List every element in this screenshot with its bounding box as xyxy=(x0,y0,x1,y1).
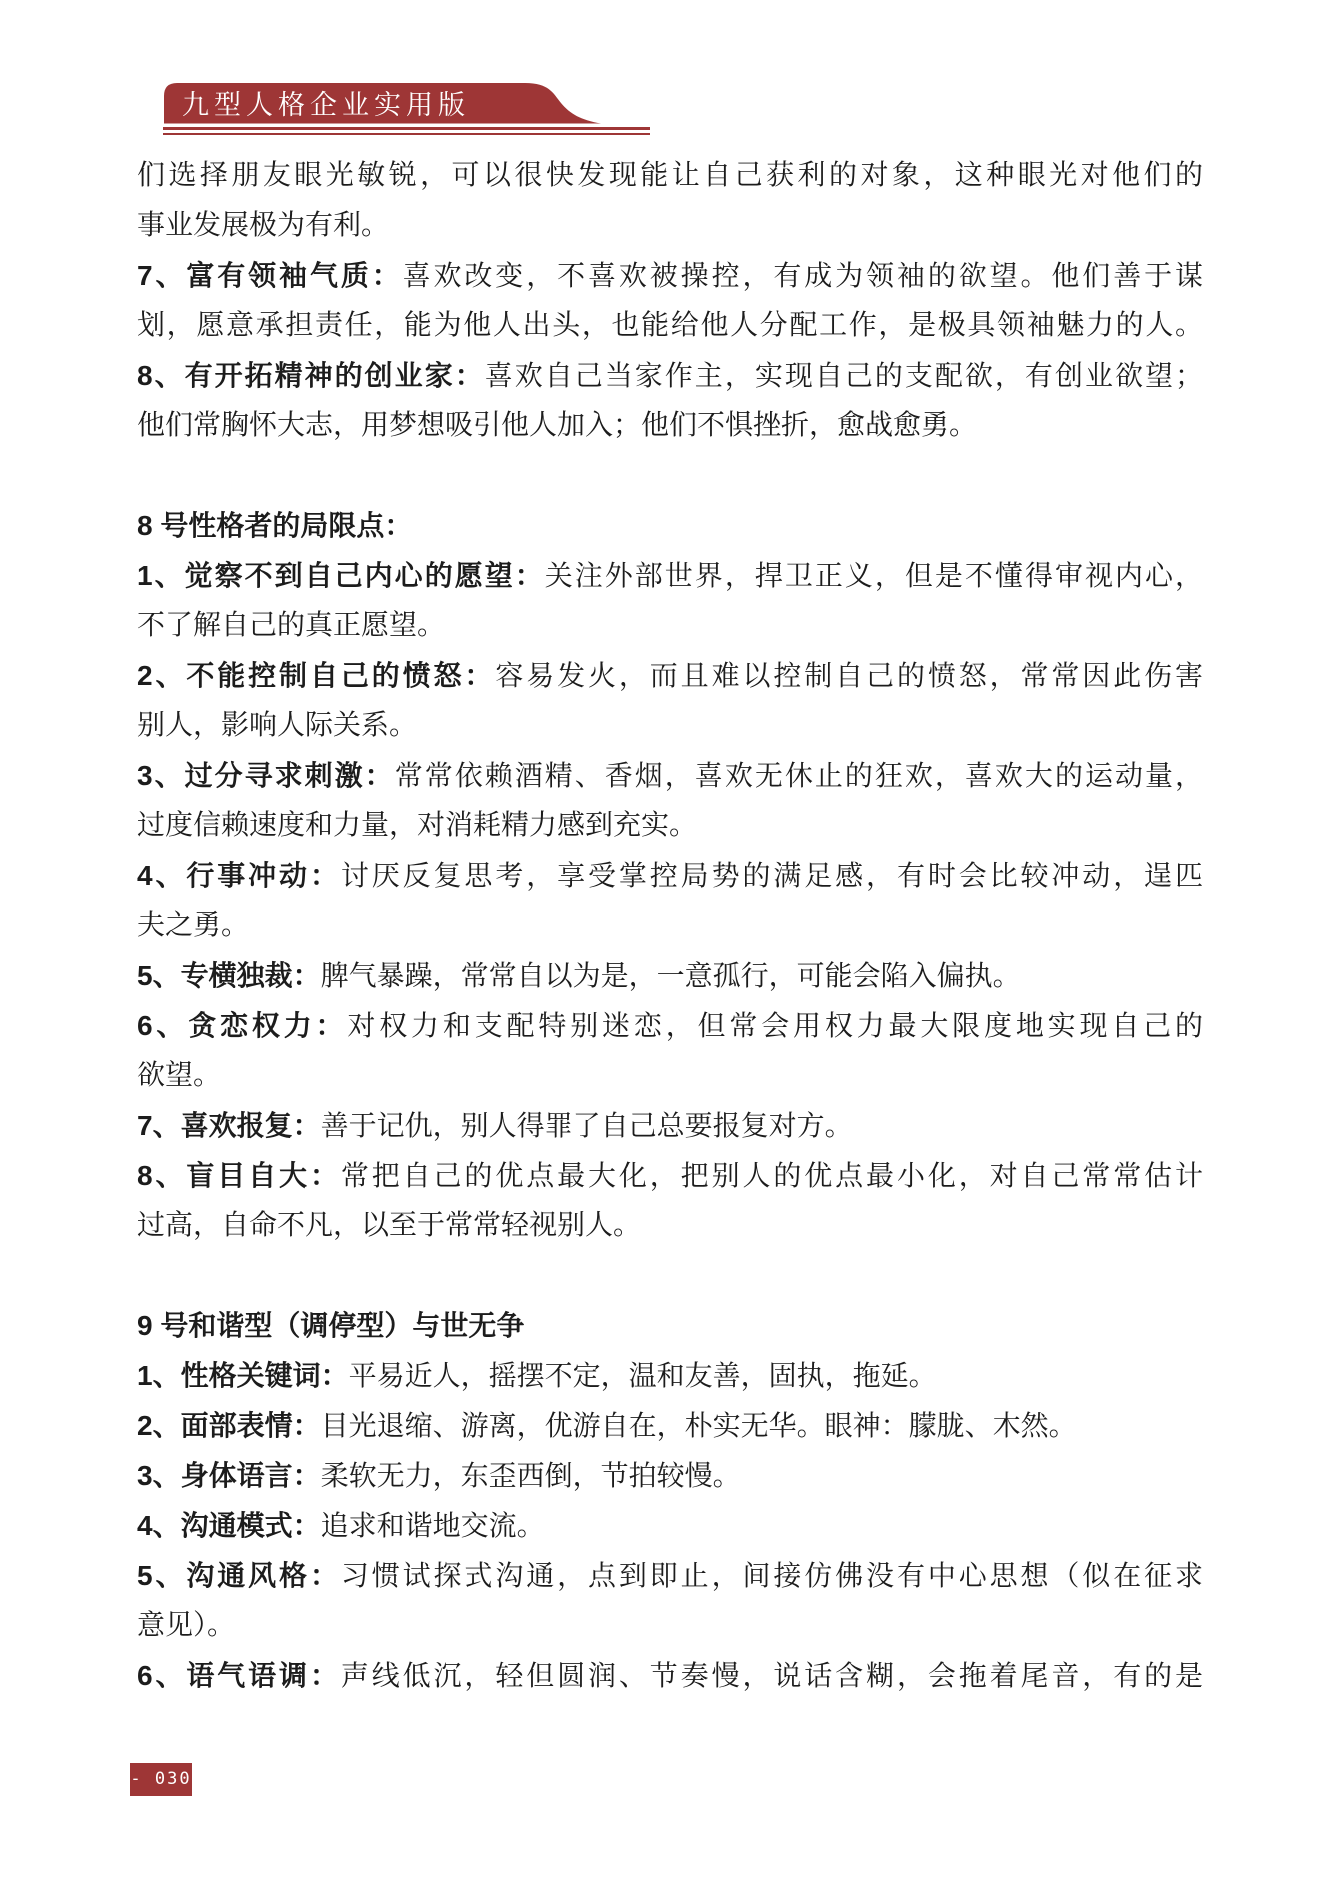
line-text: 喜欢改变，不喜欢被操控，有成为领袖的欲望。他们善于谋 xyxy=(403,261,1203,292)
text-line: 7、喜欢报复：善于记仇，别人得罪了自己总要报复对方。 xyxy=(137,1101,1203,1151)
line-text: 们选择朋友眼光敏锐，可以很快发现能让自己获利的对象，这种眼光对他们的 xyxy=(137,160,1203,191)
line-text: 夫之勇。 xyxy=(137,910,249,941)
page-number-badge: - 030 - xyxy=(130,1763,192,1796)
text-line: 5、专横独裁：脾气暴躁，常常自以为是，一意孤行，可能会陷入偏执。 xyxy=(137,951,1203,1001)
line-text: 脾气暴躁，常常自以为是，一意孤行，可能会陷入偏执。 xyxy=(321,961,1021,992)
text-line: 1、性格关键词：平易近人，摇摆不定，温和友善，固执，拖延。 xyxy=(137,1351,1203,1401)
text-line: 4、行事冲动：讨厌反复思考，享受掌控局势的满足感，有时会比较冲动，逞匹 xyxy=(137,851,1203,901)
line-text: 喜欢自己当家作主，实现自己的支配欲，有创业欲望； xyxy=(485,361,1203,392)
document-page: 九型人格企业实用版 们选择朋友眼光敏锐，可以很快发现能让自己获利的对象，这种眼光… xyxy=(0,0,1339,1890)
line-text: 习惯试探式沟通，点到即止，间接仿佛没有中心思想（似在征求 xyxy=(341,1561,1203,1592)
text-line: 6、贪恋权力：对权力和支配特别迷恋，但常会用权力最大限度地实现自己的 xyxy=(137,1001,1203,1051)
text-line: 欲望。 xyxy=(137,1051,1203,1101)
blank-line xyxy=(137,451,1203,501)
text-line: 们选择朋友眼光敏锐，可以很快发现能让自己获利的对象，这种眼光对他们的 xyxy=(137,151,1203,201)
line-text: 善于记仇，别人得罪了自己总要报复对方。 xyxy=(321,1111,853,1142)
line-bold-prefix: 6、语气语调： xyxy=(137,1660,341,1691)
text-line: 1、觉察不到自己内心的愿望：关注外部世界，捍卫正义，但是不懂得审视内心， xyxy=(137,551,1203,601)
text-line: 7、富有领袖气质：喜欢改变，不喜欢被操控，有成为领袖的欲望。他们善于谋 xyxy=(137,251,1203,301)
line-text: 柔软无力，东歪西倒，节拍较慢。 xyxy=(321,1461,741,1492)
text-line: 2、面部表情：目光退缩、游离，优游自在，朴实无华。眼神：朦胧、木然。 xyxy=(137,1401,1203,1451)
header-underline-thick xyxy=(163,127,650,130)
header-banner-title: 九型人格企业实用版 xyxy=(182,88,470,122)
line-bold-prefix: 7、富有领袖气质： xyxy=(137,260,403,291)
line-text: 欲望。 xyxy=(137,1060,221,1091)
line-bold-prefix: 4、行事冲动： xyxy=(137,860,341,891)
section-heading: 9 号和谐型（调停型）与世无争 xyxy=(137,1301,1203,1351)
blank-line xyxy=(137,1251,1203,1301)
line-bold-prefix: 5、沟通风格： xyxy=(137,1560,341,1591)
line-text: 事业发展极为有利。 xyxy=(137,210,389,241)
text-line: 夫之勇。 xyxy=(137,901,1203,951)
text-line: 意见）。 xyxy=(137,1601,1203,1651)
text-line: 划，愿意承担责任，能为他人出头，也能给他人分配工作，是极具领袖魅力的人。 xyxy=(137,301,1203,351)
line-text: 意见）。 xyxy=(137,1610,235,1641)
text-line: 他们常胸怀大志，用梦想吸引他人加入；他们不惧挫折，愈战愈勇。 xyxy=(137,401,1203,451)
line-text: 过度信赖速度和力量，对消耗精力感到充实。 xyxy=(137,810,697,841)
line-text: 声线低沉，轻但圆润、节奏慢，说话含糊，会拖着尾音，有的是 xyxy=(341,1661,1203,1692)
line-text: 常常依赖酒精、香烟，喜欢无休止的狂欢，喜欢大的运动量， xyxy=(395,761,1203,792)
line-text: 关注外部世界，捍卫正义，但是不懂得审视内心， xyxy=(545,561,1203,592)
line-text: 过高，自命不凡，以至于常常轻视别人。 xyxy=(137,1210,641,1241)
text-line: 事业发展极为有利。 xyxy=(137,201,1203,251)
text-line: 6、语气语调：声线低沉，轻但圆润、节奏慢，说话含糊，会拖着尾音，有的是 xyxy=(137,1651,1203,1701)
line-bold-prefix: 4、沟通模式： xyxy=(137,1510,321,1541)
line-text: 讨厌反复思考，享受掌控局势的满足感，有时会比较冲动，逞匹 xyxy=(341,861,1203,892)
line-bold-prefix: 1、性格关键词： xyxy=(137,1360,349,1391)
text-line: 不了解自己的真正愿望。 xyxy=(137,601,1203,651)
line-bold-prefix: 3、身体语言： xyxy=(137,1460,321,1491)
line-bold-prefix: 5、专横独裁： xyxy=(137,960,321,991)
line-text: 别人，影响人际关系。 xyxy=(137,710,417,741)
line-bold-prefix: 8、盲目自大： xyxy=(137,1160,341,1191)
text-line: 8、有开拓精神的创业家：喜欢自己当家作主，实现自己的支配欲，有创业欲望； xyxy=(137,351,1203,401)
text-line: 3、身体语言：柔软无力，东歪西倒，节拍较慢。 xyxy=(137,1451,1203,1501)
text-line: 4、沟通模式：追求和谐地交流。 xyxy=(137,1501,1203,1551)
line-text: 平易近人，摇摆不定，温和友善，固执，拖延。 xyxy=(349,1361,937,1392)
line-text: 他们常胸怀大志，用梦想吸引他人加入；他们不惧挫折，愈战愈勇。 xyxy=(137,410,977,441)
line-text: 划，愿意承担责任，能为他人出头，也能给他人分配工作，是极具领袖魅力的人。 xyxy=(137,310,1203,341)
body-text-area: 们选择朋友眼光敏锐，可以很快发现能让自己获利的对象，这种眼光对他们的事业发展极为… xyxy=(137,151,1203,1701)
text-line: 别人，影响人际关系。 xyxy=(137,701,1203,751)
line-bold-prefix: 6、贪恋权力： xyxy=(137,1010,347,1041)
line-text: 对权力和支配特别迷恋，但常会用权力最大限度地实现自己的 xyxy=(347,1011,1203,1042)
text-line: 过度信赖速度和力量，对消耗精力感到充实。 xyxy=(137,801,1203,851)
line-text: 常把自己的优点最大化，把别人的优点最小化，对自己常常估计 xyxy=(341,1161,1203,1192)
line-bold-prefix: 3、过分寻求刺激： xyxy=(137,760,395,791)
header-underline-thin xyxy=(163,133,650,135)
text-line: 8、盲目自大：常把自己的优点最大化，把别人的优点最小化，对自己常常估计 xyxy=(137,1151,1203,1201)
line-bold-prefix: 2、面部表情： xyxy=(137,1410,321,1441)
section-heading: 8 号性格者的局限点： xyxy=(137,501,1203,551)
text-line: 2、不能控制自己的愤怒：容易发火，而且难以控制自己的愤怒，常常因此伤害 xyxy=(137,651,1203,701)
line-text: 不了解自己的真正愿望。 xyxy=(137,610,445,641)
text-line: 过高，自命不凡，以至于常常轻视别人。 xyxy=(137,1201,1203,1251)
text-line: 5、沟通风格：习惯试探式沟通，点到即止，间接仿佛没有中心思想（似在征求 xyxy=(137,1551,1203,1601)
line-text: 容易发火，而且难以控制自己的愤怒，常常因此伤害 xyxy=(495,661,1203,692)
line-bold-prefix: 8、有开拓精神的创业家： xyxy=(137,360,485,391)
line-text: 追求和谐地交流。 xyxy=(321,1511,545,1542)
line-bold-prefix: 1、觉察不到自己内心的愿望： xyxy=(137,560,545,591)
text-line: 3、过分寻求刺激：常常依赖酒精、香烟，喜欢无休止的狂欢，喜欢大的运动量， xyxy=(137,751,1203,801)
line-text: 目光退缩、游离，优游自在，朴实无华。眼神：朦胧、木然。 xyxy=(321,1411,1077,1442)
line-bold-prefix: 7、喜欢报复： xyxy=(137,1110,321,1141)
line-bold-prefix: 2、不能控制自己的愤怒： xyxy=(137,660,495,691)
